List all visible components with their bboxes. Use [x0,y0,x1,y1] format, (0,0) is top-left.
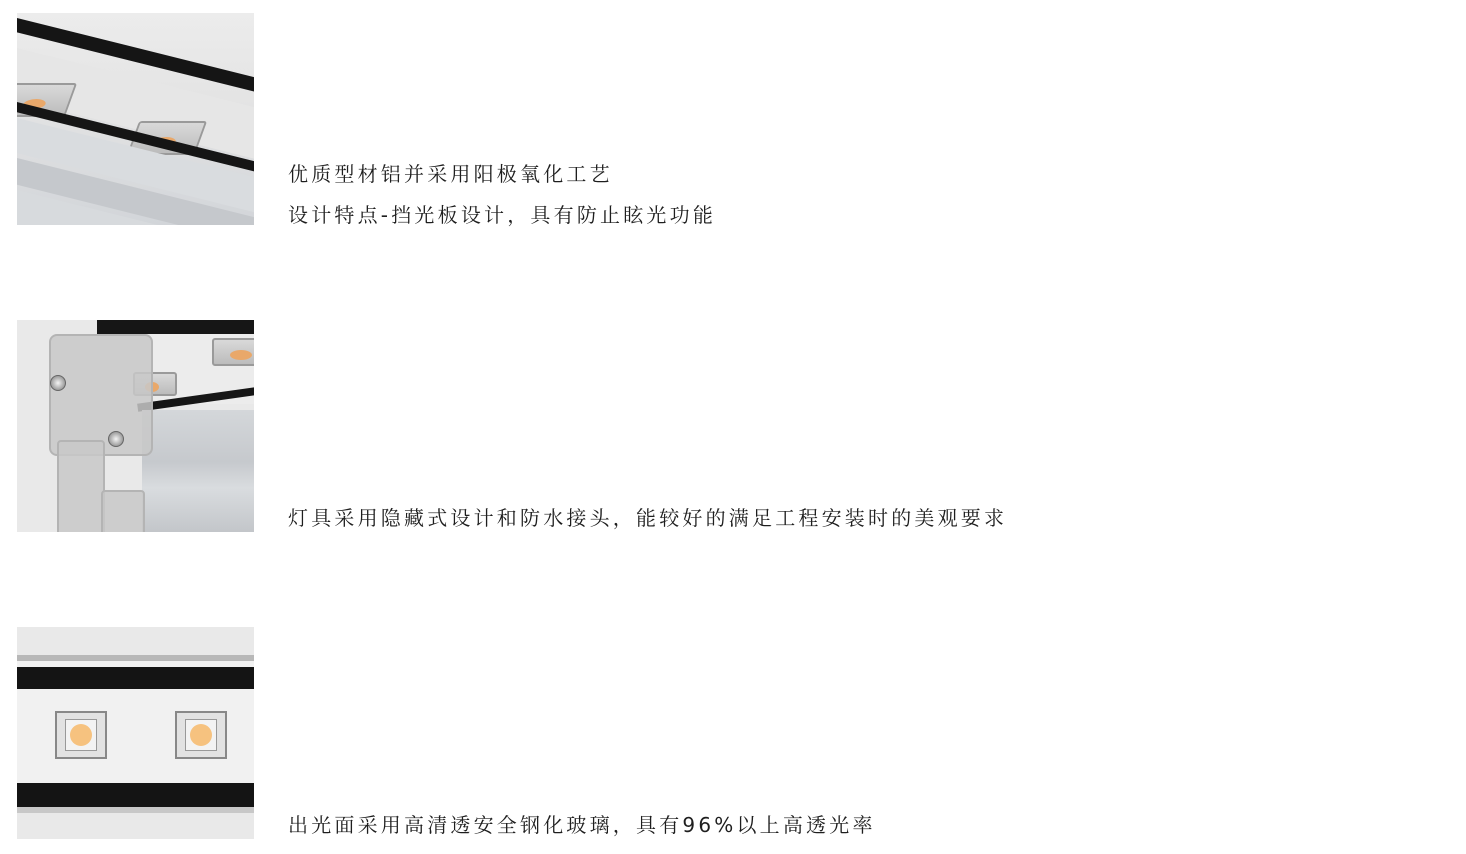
product-photo-profile [17,13,254,225]
feature-caption-line: 设计特点-挡光板设计，具有防止眩光功能 [288,203,716,227]
feature-caption-line: 优质型材铝并采用阳极氧化工艺 [288,162,613,186]
product-photo-endcap [17,320,254,532]
product-photo-glass [17,627,254,839]
screw-icon [108,431,124,447]
led-chip-icon [55,711,107,759]
feature-caption-line: 灯具采用隐藏式设计和防水接头，能较好的满足工程安装时的美观要求 [288,506,1007,530]
screw-icon [50,375,66,391]
feature-caption-line: 出光面采用高清透安全钢化玻璃，具有96%以上高透光率 [288,813,876,837]
led-chip-icon [175,711,227,759]
